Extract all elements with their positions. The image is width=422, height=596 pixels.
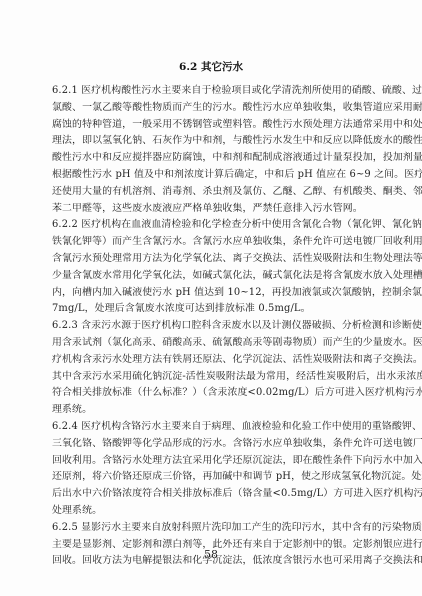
text-line: 苯二甲醛等，这些废水废液应严格单独收集，严禁任意排入污水管网。 xyxy=(52,201,370,218)
text-line: 含氰污水预处理常用方法为化学氧化法、离子交换法、活性炭吸附法和生物处理法等。 xyxy=(52,251,370,268)
text-line: 三氧化铬、铬酸钾等化学品形成的污水。含铬污水应单独收集，条件允许可送电镀厂 xyxy=(52,436,370,453)
text-line: 内，向槽内加入碱液使污水 pH 值达到 10~12，再投加液氯或次氯酸钠，控制余… xyxy=(52,285,370,302)
text-line: 酸性污水中和反应搅拌器应防腐蚀，中和剂和配制成溶液通过计量泵投加，投加剂量 xyxy=(52,150,370,167)
section-title: 6.2 其它污水 xyxy=(0,59,422,75)
text-line: 7mg/L，处理后含氰废水浓度可达到排放标准 0.5mg/L。 xyxy=(52,301,370,318)
text-line: 理系统。 xyxy=(52,402,370,419)
text-line: 氯酸、一氯乙酸等酸性物质而产生的污水。酸性污水应单独收集，收集管道应采用耐 xyxy=(52,100,370,117)
text-line: 回收利用。含铬污水处理方法宜采用化学还原沉淀法，即在酸性条件下向污水中加入 xyxy=(52,453,370,470)
text-line: 理法，即以氢氧化钠、石灰作为中和剂，与酸性污水发生中和反应以降低废水的酸性。 xyxy=(52,133,370,150)
body-text: 6.2.1 医疗机构酸性污水主要来自于检验项目或化学清洗剂所使用的硝酸、硫酸、过… xyxy=(52,83,370,570)
text-line: 6.2.4 医疗机构含铬污水主要来自于病理、血液检验和化验工作中使用的重铬酸钾、 xyxy=(52,419,370,436)
text-line: 6.2.5 显影污水主要来自放射科照片洗印加工产生的洗印污水，其中含有的污染物质 xyxy=(52,520,370,537)
text-line: 6.2.2 医疗机构在血液血清检验和化学检查分析中使用含氰化合物（氰化钾、氰化钠… xyxy=(52,217,370,234)
text-line: 6.2.1 医疗机构酸性污水主要来自于检验项目或化学清洗剂所使用的硝酸、硫酸、过 xyxy=(52,83,370,100)
document-page: 6.2 其它污水 6.2.1 医疗机构酸性污水主要来自于检验项目或化学清洗剂所使… xyxy=(0,0,422,596)
page-number: 58 xyxy=(0,547,422,563)
text-line: 还原剂，将六价铬还原成三价铬，再加碱中和调节 pH，使之形成氢氧化物沉淀。处理 xyxy=(52,469,370,486)
text-line: 6.2.3 含汞污水源于医疗机构口腔科含汞废水以及计测仪器破损、分析检测和诊断使 xyxy=(52,318,370,335)
text-line: 少量含氰废水常用化学氧化法，如碱式氯化法，碱式氯化法是将含氰废水放入处理槽 xyxy=(52,268,370,285)
text-line: 符合相关排放标准（什么标准？）（含汞浓度<0.02mg/L）后方可进入医疗机构污… xyxy=(52,385,370,402)
text-line: 用含汞试剂（氯化高汞、硝酸高汞、硫氰酸高汞等剧毒物质）而产生的少量废水。医 xyxy=(52,335,370,352)
text-line: 腐蚀的特种管道，一般采用不锈钢管或塑料管。酸性污水预处理方法通常采用中和处 xyxy=(52,117,370,134)
text-line: 铁氰化钾等）而产生含氰污水。含氰污水应单独收集，条件允许可送电镀厂回收利用。 xyxy=(52,234,370,251)
text-line: 疗机构含汞污水处理方法有铁屑还原法、化学沉淀法、活性炭吸附法和离子交换法。 xyxy=(52,352,370,369)
text-line: 根据酸性污水 pH 值及中和剂浓度计算后确定，中和后 pH 值应在 6~9 之间… xyxy=(52,167,370,184)
text-line: 还使用大量的有机溶剂、消毒剂、杀虫剂及氯仿、乙醚、乙醇、有机酸类、酮类、邻 xyxy=(52,184,370,201)
text-line: 处理系统。 xyxy=(52,503,370,520)
text-line: 其中含汞污水采用硫化钠沉淀-活性炭吸附法最为常用，经活性炭吸附后，出水汞浓度 xyxy=(52,369,370,386)
text-line: 后出水中六价铬浓度符合相关排放标准后（铬含量<0.5mg/L）方可进入医疗机构污… xyxy=(52,486,370,503)
